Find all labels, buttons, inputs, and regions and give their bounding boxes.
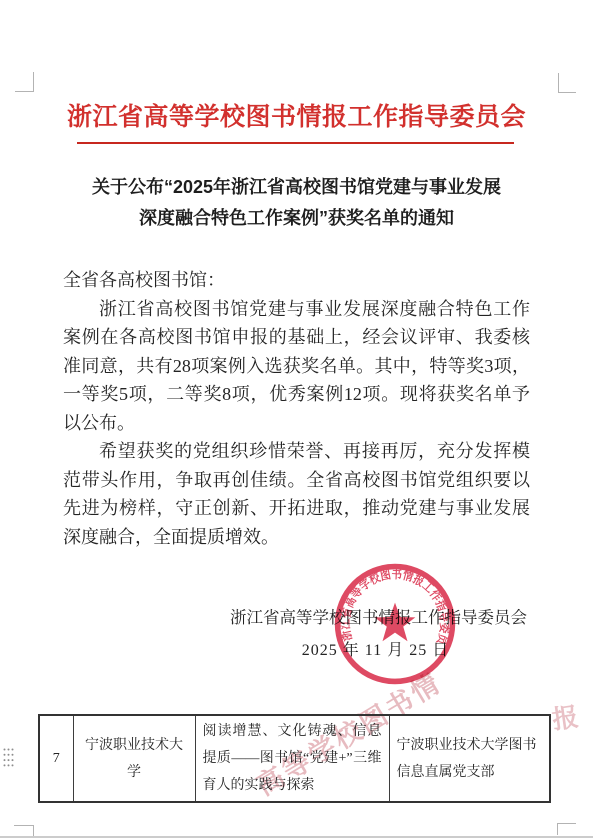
document-page: 浙江省高等学校图书情报工作指导委员会 关于公布“2025年浙江省高校图书馆党建与… <box>0 0 593 839</box>
crop-mark-top-left-vertical <box>33 72 34 92</box>
crop-mark-bottom-right-horizontal <box>557 823 576 824</box>
seal-star-icon <box>375 603 416 642</box>
svg-text:浙江省高等学校图书情报工作指导委员会: 浙江省高等学校图书情报工作指导委员会 <box>332 561 453 647</box>
cell-sequence-number: 7 <box>39 715 73 802</box>
letterhead-red-rule <box>77 142 514 144</box>
notice-title-line1: 关于公布“2025年浙江省高校图书馆党建与事业发展 <box>0 172 593 203</box>
letterhead-committee-name: 浙江省高等学校图书情报工作指导委员会 <box>0 97 593 133</box>
crop-mark-top-right-horizontal <box>558 92 576 93</box>
seal-arc-text: 浙江省高等学校图书情报工作指导委员会 <box>332 561 453 647</box>
cell-organization: 宁波职业技术大学图书信息直属党支部 <box>389 715 550 802</box>
crop-mark-bottom-right-vertical <box>557 823 558 835</box>
table-move-handle-icon[interactable] <box>3 748 14 767</box>
cell-case-title: 阅读增慧、文化铸魂、信息提质——图书馆“党建+”三维育人的实践与探索 <box>195 715 389 802</box>
page-bottom-edge <box>0 836 593 838</box>
notice-title-line2: 深度融合特色工作案例”获奖名单的通知 <box>0 203 593 234</box>
body-paragraph-1: 浙江省高校图书馆党建与事业发展深度融合特色工作案例在各高校图书馆申报的基础上，经… <box>63 295 530 438</box>
table-row: 7 宁波职业技术大学 阅读增慧、文化铸魂、信息提质——图书馆“党建+”三维育人的… <box>39 715 550 802</box>
crop-mark-top-right-vertical <box>558 73 559 93</box>
notice-title: 关于公布“2025年浙江省高校图书馆党建与事业发展 深度融合特色工作案例”获奖名… <box>0 172 593 234</box>
official-seal: 浙江省高等学校图书情报工作指导委员会 <box>332 561 458 687</box>
cell-university: 宁波职业技术大学 <box>73 715 195 802</box>
seal-bleed-watermark-fragment: 报 <box>550 696 581 736</box>
crop-mark-top-left-horizontal <box>15 91 34 92</box>
award-table: 7 宁波职业技术大学 阅读增慧、文化铸魂、信息提质——图书馆“党建+”三维育人的… <box>38 714 551 803</box>
notice-body: 全省各高校图书馆： 浙江省高校图书馆党建与事业发展深度融合特色工作案例在各高校图… <box>63 266 530 551</box>
body-paragraph-2: 希望获奖的党组织珍惜荣誉、再接再厉，充分发挥模范带头作用，争取再创佳绩。全省高校… <box>63 437 530 551</box>
crop-mark-bottom-left-horizontal <box>14 825 34 826</box>
salutation: 全省各高校图书馆： <box>63 266 530 295</box>
